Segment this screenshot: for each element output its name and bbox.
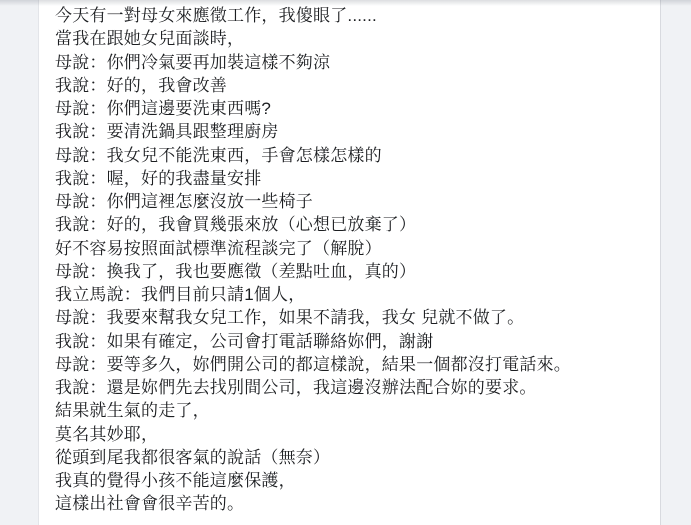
post-line: 好不容易按照面試標準流程談完了（解脫） bbox=[55, 237, 650, 260]
post-line: 母說：我女兒不能洗東西，手會怎樣怎樣的 bbox=[55, 144, 650, 167]
post-line: 母說：你們這邊要洗東西嗎? bbox=[55, 97, 650, 120]
post-line: 我說：要清洗鍋具跟整理廚房 bbox=[55, 120, 650, 143]
post-card: 今天有一對母女來應徵工作，我傻眼了......當我在跟她女兒面談時，母說：你們冷… bbox=[38, 0, 661, 525]
post-line: 我說：好的，我會改善 bbox=[55, 74, 650, 97]
post-line: 我說：如果有確定，公司會打電話聯絡妳們，謝謝 bbox=[55, 330, 650, 353]
post-line: 母說：你們這裡怎麼沒放一些椅子 bbox=[55, 190, 650, 213]
post-line: 我立馬說：我們目前只請1個人， bbox=[55, 283, 650, 306]
page: 今天有一對母女來應徵工作，我傻眼了......當我在跟她女兒面談時，母說：你們冷… bbox=[0, 0, 691, 525]
post-line: 母說：換我了，我也要應徵（差點吐血，真的） bbox=[55, 260, 650, 283]
post-line: 母說：要等多久，妳們開公司的都這樣說，結果一個都沒打電話來。 bbox=[55, 353, 650, 376]
post-line: 結果就生氣的走了， bbox=[55, 399, 650, 422]
post-text: 今天有一對母女來應徵工作，我傻眼了......當我在跟她女兒面談時，母說：你們冷… bbox=[39, 0, 660, 516]
post-line: 母說：你們冷氣要再加裝這樣不夠涼 bbox=[55, 51, 650, 74]
post-line: 當我在跟她女兒面談時， bbox=[55, 27, 650, 50]
post-line: 我說：喔，好的我盡量安排 bbox=[55, 167, 650, 190]
post-line: 莫名其妙耶， bbox=[55, 423, 650, 446]
post-line: 我真的覺得小孩不能這麼保護， bbox=[55, 469, 650, 492]
post-line: 從頭到尾我都很客氣的說話（無奈） bbox=[55, 446, 650, 469]
post-line: 這樣出社會會很辛苦的。 bbox=[55, 492, 650, 515]
post-line: 我說：還是妳們先去找別間公司，我這邊沒辦法配合妳的要求。 bbox=[55, 376, 650, 399]
post-line: 母說：我要來幫我女兒工作，如果不請我，我女 兒就不做了。 bbox=[55, 306, 650, 329]
post-line: 今天有一對母女來應徵工作，我傻眼了...... bbox=[55, 4, 650, 27]
post-line: 我說：好的，我會買幾張來放（心想已放棄了） bbox=[55, 213, 650, 236]
right-gutter bbox=[661, 0, 691, 525]
left-gutter bbox=[0, 0, 38, 525]
